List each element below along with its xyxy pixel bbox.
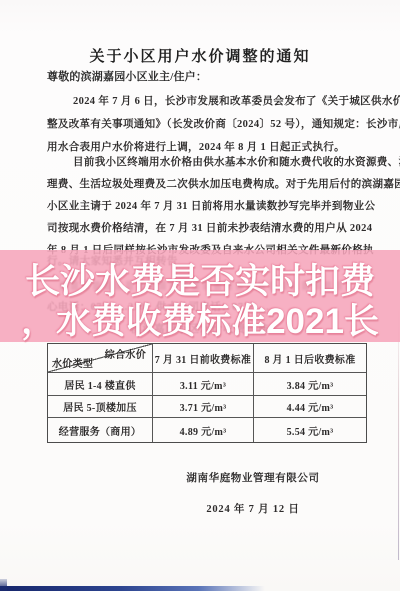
paragraph-2-line: 司按现水费价格结清，在 7 月 31 日前未抄表结清水费的用户从 2024 [47, 218, 371, 240]
corner-label-price: 综合水价 [105, 346, 146, 361]
column-header-before: 7 月 31 日前收费标准 [153, 344, 254, 373]
notice-title: 关于小区用户水价调整的通知 [0, 45, 400, 66]
photo-bottom-edge-strip [0, 586, 265, 591]
water-price-table: 综合水价 水价类型 7 月 31 日前收费标准 8 月 1 日后收费标准 居民 … [47, 343, 367, 443]
table-row-before: 3.71 元/m³ [153, 396, 254, 418]
signature-block: 湖南华庭物业管理有限公司 2024 年 7 月 12 日 [148, 470, 358, 516]
signature-company: 湖南华庭物业管理有限公司 [148, 470, 358, 485]
corner-label-type: 水价类型 [52, 355, 93, 370]
paragraph-1-line: 整及改革有关事项通知》（长发改价商〔2024〕52 号），通知规定：长沙市居民 [47, 113, 371, 136]
table-row-after: 5.54 元/m³ [254, 418, 366, 442]
column-header-after: 8 月 1 日后收费标准 [254, 344, 366, 373]
scanned-notice-photo: 关于小区用户水价调整的通知 尊敬的滨湖嘉园小区业主/住户： 2024 年 7 月… [0, 0, 400, 591]
paragraph-1-line: 2024 年 7 月 6 日，长沙市发展和改革委员会发布了《关于城区供水价格调 [47, 90, 371, 113]
paragraph-2: 目前我小区终端用水价格由供水基本水价和随水费代收的水资源费、污水处 理费、生活垃… [47, 152, 371, 262]
paragraph-2-line: 目前我小区终端用水价格由供水基本水价和随水费代收的水资源费、污水处 [47, 152, 371, 174]
table-corner-cell: 综合水价 水价类型 [48, 344, 153, 373]
paragraph-2-line: 理费、生活垃圾处理费及二次供水加压电费构成。对于先用后付的滨湖嘉园 [47, 174, 371, 196]
table-row-before: 4.89 元/m³ [153, 418, 254, 442]
table-row-before: 3.11 元/m³ [153, 373, 254, 396]
table-row-after: 4.44 元/m³ [254, 396, 366, 418]
photo-bottom-corner-mark [0, 579, 7, 591]
caption-text-line-2: ，水费收费标准2021长 [0, 294, 400, 344]
signature-date: 2024 年 7 月 12 日 [148, 501, 358, 516]
paragraph-2-line: 小区业主请于 2024 年 7 月 31 日前将用水量读数抄写完毕并到物业公 [47, 196, 371, 218]
table-row-type: 居民 1-4 楼直供 [48, 373, 153, 396]
notice-greeting: 尊敬的滨湖嘉园小区业主/住户： [47, 68, 207, 84]
table-row-after: 3.84 元/m³ [254, 373, 366, 396]
paragraph-1: 2024 年 7 月 6 日，长沙市发展和改革委员会发布了《关于城区供水价格调 … [47, 90, 371, 159]
table-row-type: 经营服务（商用） [48, 418, 153, 442]
table-row-type: 居民 5-顶楼加压 [48, 396, 153, 418]
